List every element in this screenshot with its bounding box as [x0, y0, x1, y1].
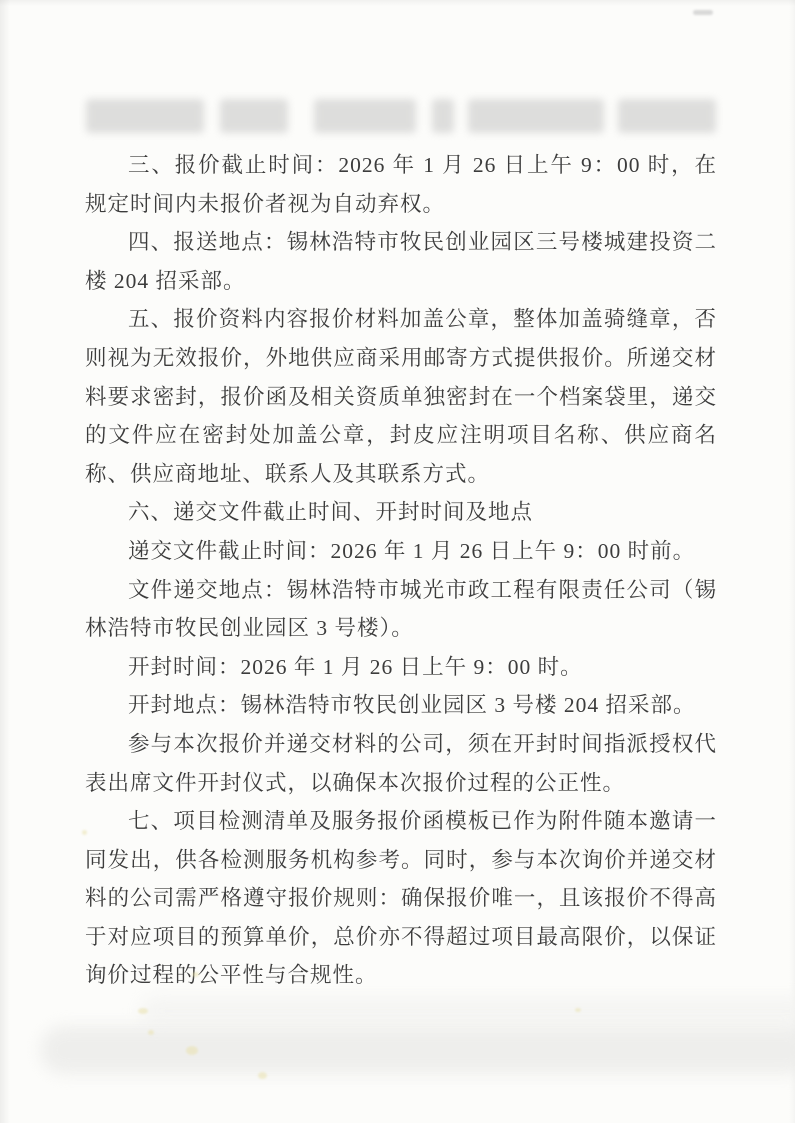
paper-stain — [192, 972, 199, 977]
para-section6-heading: 六、递交文件截止时间、开封时间及地点 — [85, 493, 717, 532]
para-quote-deadline: 三、报价截止时间：2026 年 1 月 26 日上午 9：00 时，在规定时间内… — [85, 146, 717, 223]
para-quotation-materials: 五、报价资料内容报价材料加盖公章，整体加盖骑缝章，否则视为无效报价，外地供应商采… — [85, 300, 717, 493]
ink-smudge — [314, 99, 416, 133]
para-opening-location: 开封地点：锡林浩特市牧民创业园区 3 号楼 204 招采部。 — [85, 686, 717, 725]
document-body: 三、报价截止时间：2026 年 1 月 26 日上午 9：00 时，在规定时间内… — [85, 146, 717, 995]
scanned-document-page: 三、报价截止时间：2026 年 1 月 26 日上午 9：00 时，在规定时间内… — [0, 0, 795, 1123]
scan-edge-shading-left — [0, 0, 10, 1123]
para-submission-location: 文件递交地点：锡林浩特市城光市政工程有限责任公司（锡林浩特市牧民创业园区 3 号… — [85, 571, 717, 648]
paper-stain — [575, 1008, 581, 1012]
paper-stain — [258, 1072, 267, 1079]
scan-shadow-band-light — [140, 998, 795, 1024]
scan-artifact-mark — [693, 10, 713, 15]
para-quotation-rules: 七、项目检测清单及服务报价函模板已作为附件随本邀请一同发出，供各检测服务机构参考… — [85, 802, 717, 995]
scan-edge-shading-top — [0, 0, 795, 6]
paper-stain — [138, 1008, 148, 1014]
ink-smudge — [468, 99, 604, 133]
scan-edge-shading-right — [789, 0, 795, 1123]
para-delivery-address: 四、报送地点：锡林浩特市牧民创业园区三号楼城建投资二楼 204 招采部。 — [85, 223, 717, 300]
para-opening-ceremony: 参与本次报价并递交材料的公司，须在开封时间指派授权代表出席文件开封仪式，以确保本… — [85, 725, 717, 802]
paper-stain — [148, 1030, 154, 1035]
paper-stain — [82, 830, 87, 835]
paper-stain — [186, 1046, 198, 1055]
ink-smudge — [220, 99, 288, 133]
ink-smudge — [86, 99, 204, 133]
ink-smudge — [432, 99, 454, 133]
para-submission-deadline: 递交文件截止时间：2026 年 1 月 26 日上午 9：00 时前。 — [85, 532, 717, 571]
para-opening-time: 开封时间：2026 年 1 月 26 日上午 9：00 时。 — [85, 648, 717, 687]
ink-smudge — [618, 99, 716, 133]
bleedthrough-heading — [86, 94, 716, 140]
